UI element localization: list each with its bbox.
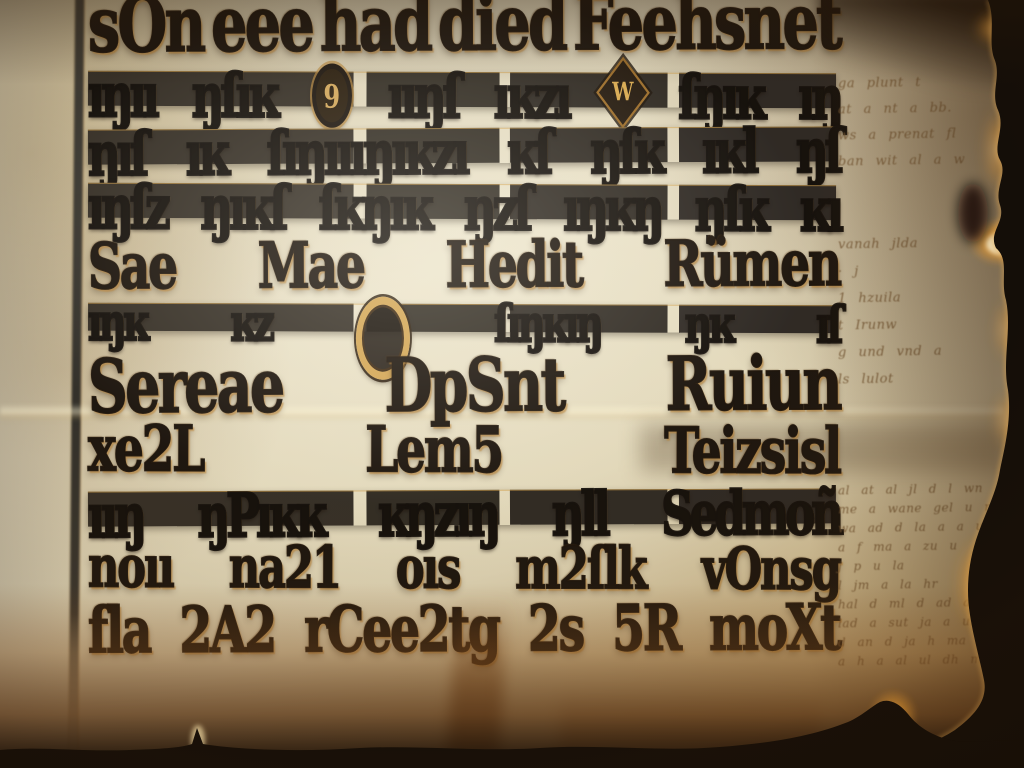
script-word: Lem5 xyxy=(365,414,502,488)
script-word: Teizsisl xyxy=(664,415,840,489)
script-word: rCee2tg xyxy=(304,593,499,668)
script-word: ſŋıĸ xyxy=(678,62,762,133)
script-word: Sae xyxy=(88,230,176,304)
burn-streak xyxy=(560,690,820,750)
script-line-inner: SereaeDpSntRuiun xyxy=(88,339,840,429)
marginalia-group: vanah jlda· j1 hzuilat Irunwg und vnd al… xyxy=(838,230,1008,392)
bottom-burn-gradient xyxy=(0,0,1024,768)
script-line-inner: ŋıſıĸſıŋıııŋıĸzıĸſŋſĸıĸlŋſ xyxy=(88,116,840,190)
script-line-inner: SaeMaeHeditRümen xyxy=(88,227,840,304)
curl-shadow xyxy=(958,183,988,243)
script-word: ıŋ xyxy=(798,62,840,133)
script-word: ŋſıĸ xyxy=(192,60,276,131)
ink-band xyxy=(88,126,836,164)
blackletter-text-block: sOneeehaddiedFeehsnetıŋııŋſıĸ9ııŋſıĸzıWſ… xyxy=(88,0,840,663)
manuscript-photo: sOneeehaddiedFeehsnetıŋııŋſıĸ9ııŋſıĸzıWſ… xyxy=(0,0,1024,768)
ornament-label: W xyxy=(613,78,634,108)
script-word: moXt xyxy=(709,591,840,665)
script-line-inner: ıŋııŋſıĸ9ııŋſıĸzıWſŋıĸıŋ xyxy=(88,60,840,134)
script-word: DpSnt xyxy=(385,340,564,428)
marginalia-column: ga plunt tat a nt a bb.ws a prenat flban… xyxy=(838,0,1008,768)
vignette-overlay xyxy=(0,0,1024,768)
script-word: noıı xyxy=(88,534,173,601)
script-word: ŋſĸ xyxy=(590,116,661,187)
script-word: died xyxy=(438,0,566,69)
script-word: ıĸl xyxy=(702,116,756,187)
ornament-label: O xyxy=(378,331,387,346)
marginalia-line: j p u la xyxy=(838,555,1008,577)
script-word: 2A2 xyxy=(179,594,275,668)
script-word: ĸz xyxy=(230,292,271,352)
parchment-page xyxy=(0,0,1024,768)
marginalia-line: 1 hzuila xyxy=(838,283,1008,313)
script-line: xe2LLem5Teizsisl xyxy=(88,419,840,486)
script-word: ıŋĸ xyxy=(88,292,146,353)
script-word: ıŋſz xyxy=(88,172,167,243)
black-tear-region xyxy=(860,0,1024,768)
script-line: ıŋſzŋıĸſſĸŋıĸŋzſıŋĸŋŋſĸĸı xyxy=(88,178,840,236)
ink-band xyxy=(88,183,836,221)
script-line-inner: ıŋſzŋıĸſſĸŋıĸŋzſıŋĸŋŋſĸĸı xyxy=(88,172,840,246)
ink-band xyxy=(88,71,836,109)
script-word: ŋıſ xyxy=(88,119,145,190)
marginalia-group: al at al jl d l wnme a wane gel u mwa ad… xyxy=(838,480,1008,670)
script-line: ıŋııŋſıĸ9ııŋſıĸzıWſŋıĸıŋ xyxy=(88,66,840,124)
script-word: ſıŋĸıŋ xyxy=(494,293,601,354)
script-word: Ruiun xyxy=(666,339,841,427)
marginalia-line: d an d ja h ma m xyxy=(838,631,1008,653)
marginalia-line: lad a sut ja a un xyxy=(838,612,1008,634)
script-word: ŋll xyxy=(552,479,607,550)
script-word: ŋzſ xyxy=(464,173,530,244)
script-word: ııŋ xyxy=(88,481,143,552)
circled-digit-ornament: 9 xyxy=(312,63,352,127)
script-line-inner: noıına21oısm2ſlkvOnsg xyxy=(88,534,840,604)
glow-bottom-blob xyxy=(868,689,918,743)
glow-bottom-spark xyxy=(191,725,205,755)
script-line-inner: fla2A2rCee2tg2s5RmoXt xyxy=(88,591,840,668)
gold-ring-ornament: O xyxy=(356,297,410,380)
marginalia-line: hal d ml d ad a xyxy=(838,593,1008,615)
script-line-inner: xe2LLem5Teizsisl xyxy=(88,413,840,489)
marginalia-line: ls lulot xyxy=(838,364,1008,394)
marginalia-line: wa ad d la a a u xyxy=(838,517,1008,539)
script-word: ıĸ xyxy=(186,118,226,189)
script-word: ıĸzı xyxy=(494,61,569,132)
script-line-inner: ıŋĸĸzOſıŋĸıŋŋĸıſ xyxy=(88,292,840,382)
tear-rim-light xyxy=(862,0,1009,767)
script-word: ŋĸ xyxy=(685,294,732,354)
script-line: ŋıſıĸſıŋıııŋıĸzıĸſŋſĸıĸlŋſ xyxy=(88,121,840,179)
script-line: SaeMaeHeditRümen xyxy=(88,233,840,300)
crease-highlight xyxy=(0,404,1004,421)
glow-edge xyxy=(995,392,1019,448)
script-word: ĸŋzıŋ xyxy=(378,479,497,551)
script-word: 2s xyxy=(528,592,583,666)
script-word: 5R xyxy=(612,592,680,666)
crease-shadow xyxy=(640,424,1008,472)
marginalia-line: vanah jlda xyxy=(838,229,1008,259)
glow-edge xyxy=(984,108,1012,192)
marginalia-line: a f ma a zu u xyxy=(838,536,1008,558)
burn-streak xyxy=(446,596,509,759)
marginalia-group: ga plunt tat a nt a bb.ws a prenat flban… xyxy=(838,70,1008,174)
marginalia-line: ban wit al a w xyxy=(838,147,1008,176)
script-line: ııŋŋPıĸĸĸŋzıŋŋllSedmoñ xyxy=(88,483,840,541)
marginalia-line: l jm a la hr xyxy=(838,574,1008,596)
top-right-shadow xyxy=(818,0,1024,90)
ink-band xyxy=(88,303,836,334)
script-word: m2ſlk xyxy=(515,536,646,603)
script-line-inner: ııŋŋPıĸĸĸŋzıŋŋllSedmoñ xyxy=(88,478,840,552)
script-line-inner: sOneeehaddiedFeehsnet xyxy=(88,0,840,70)
marginalia-line: ga plunt t xyxy=(838,69,1008,98)
script-line: fla2A2rCee2tg2s5RmoXt xyxy=(88,597,840,664)
script-word: eee xyxy=(211,0,313,70)
script-word: fla xyxy=(88,594,151,668)
marginalia-line: me a wane gel u m xyxy=(838,498,1008,520)
script-word: Hedit xyxy=(445,229,581,303)
marginalia-line: g und vnd a xyxy=(838,337,1008,367)
right-edge-dimming xyxy=(0,0,1024,768)
script-word: Sereae xyxy=(88,342,283,430)
diamond-monogram-ornament: W xyxy=(596,57,650,129)
script-word: Sedmoñ xyxy=(661,478,840,550)
script-word: ıŋıı xyxy=(88,60,156,131)
glow-top-edge xyxy=(974,10,1024,46)
margin-rule-line xyxy=(69,0,85,750)
script-word: na21 xyxy=(229,535,340,602)
ink-band xyxy=(88,488,836,526)
marginalia-line: al at al jl d l wn xyxy=(838,479,1008,501)
script-word: sOn xyxy=(88,0,204,70)
left-margin-shade xyxy=(0,0,78,768)
script-word: ıŋĸŋ xyxy=(563,174,661,245)
glow-edge xyxy=(995,300,1017,360)
marginalia-line: t Irunw xyxy=(838,310,1008,340)
marginalia-line: a h a al ul dh m xyxy=(838,650,1008,672)
script-word: ŋſĸ xyxy=(695,174,766,245)
script-word: ııŋſ xyxy=(388,61,458,132)
script-word: ſĸŋıĸ xyxy=(318,173,430,244)
glow-bright-wedge-core xyxy=(986,233,1018,255)
script-word: xe2L xyxy=(88,413,203,487)
script-word: had xyxy=(320,0,431,69)
ornament-label: 9 xyxy=(323,76,340,115)
script-word: ŋPıĸĸ xyxy=(197,480,323,552)
torn-edge-overlay xyxy=(0,0,1024,768)
script-word: ĸı xyxy=(800,174,840,245)
marginalia-line: ws a prenat fl xyxy=(838,121,1008,150)
script-line: noıına21oısm2ſlkvOnsg xyxy=(88,540,840,600)
marginalia-line: · j xyxy=(838,256,1008,286)
glow-mid-edge xyxy=(956,537,1008,633)
script-line: sOneeehaddiedFeehsnet xyxy=(88,0,840,68)
script-word: ıſ xyxy=(816,294,840,354)
script-word: oıs xyxy=(396,535,460,602)
script-word: Mae xyxy=(258,229,364,303)
script-word: vOnsg xyxy=(702,536,841,603)
script-word: ĸſ xyxy=(507,117,550,188)
script-word: ſıŋıııŋıĸzı xyxy=(267,117,467,189)
script-word: ŋıĸſ xyxy=(200,172,284,243)
script-word: Feehsnet xyxy=(573,0,840,68)
script-word: Rümen xyxy=(663,227,840,301)
marginalia-line: at a nt a bb. xyxy=(838,95,1008,124)
glow-bright-wedge xyxy=(968,218,1024,266)
script-line: SereaeDpSntRuiun xyxy=(88,346,840,420)
burnt-bottom-region xyxy=(0,701,1024,768)
script-word: ŋſ xyxy=(796,116,840,187)
script-line: ıŋĸĸzOſıŋĸıŋŋĸıſ xyxy=(88,299,840,349)
